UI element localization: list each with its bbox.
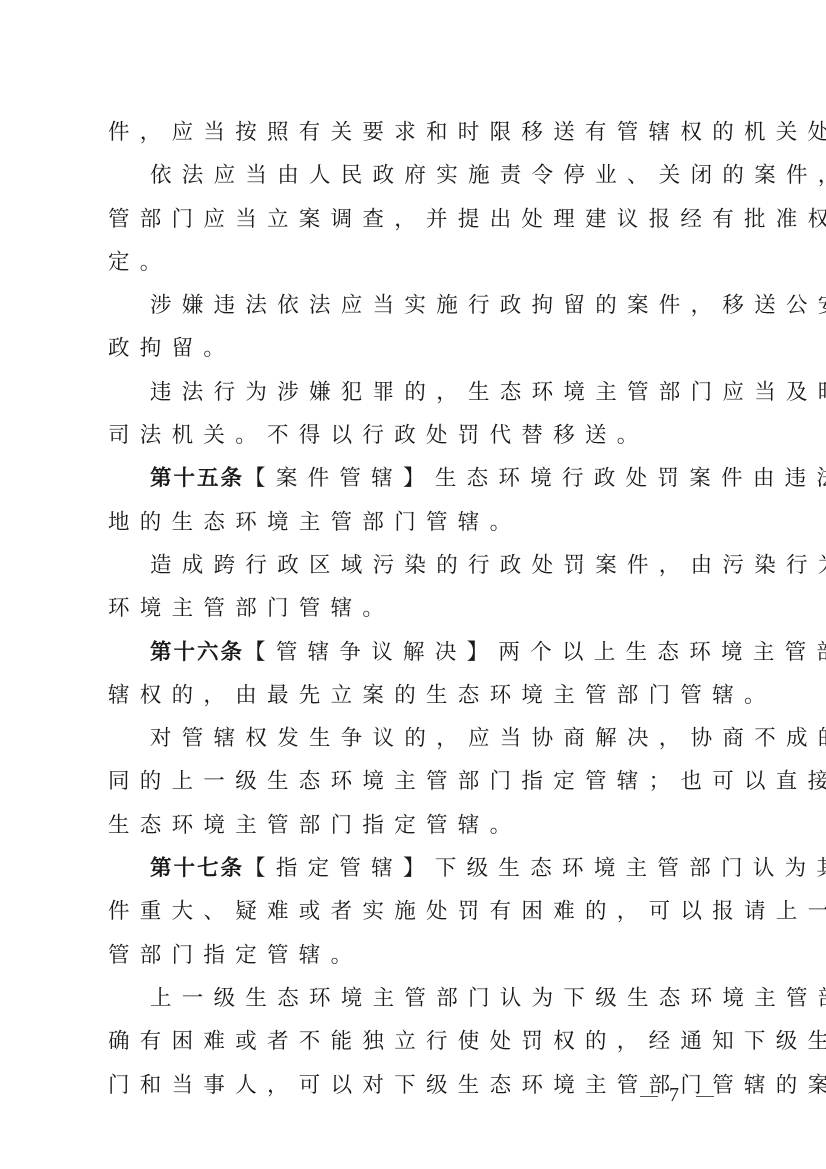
text-line: 违法行为涉嫌犯罪的，生态环境主管部门应当及时将案件移送 (108, 371, 720, 414)
article-heading-line: 第十五条【案件管辖】生态环境行政处罚案件由违法行为发生 (108, 457, 720, 500)
dash-left (640, 1096, 658, 1097)
text-line: 件，应当按照有关要求和时限移送有管辖权的机关处理。 (108, 111, 720, 154)
line-text: 地的生态环境主管部门管辖。 (108, 510, 521, 535)
text-line: 生态环境主管部门指定管辖。 (108, 804, 720, 847)
line-text: 对管辖权发生争议的，应当协商解决，协商不成的，应报请共 (150, 726, 826, 751)
article-heading-line: 第十六条【管辖争议解决】两个以上生态环境主管部门都有管 (108, 631, 720, 674)
line-text: 依法应当由人民政府实施责令停业、关闭的案件，生态环境主 (150, 163, 826, 188)
line-text: 【指定管辖】下级生态环境主管部门认为其管辖的案 (244, 856, 826, 881)
line-text: 【案件管辖】生态环境行政处罚案件由违法行为发生 (244, 466, 826, 491)
text-line: 造成跨行政区域污染的行政处罚案件，由污染行为发生地生态 (108, 544, 720, 587)
text-line: 环境主管部门管辖。 (108, 587, 720, 630)
article-number: 第十七条 (150, 856, 244, 881)
line-text: 件重大、疑难或者实施处罚有困难的，可以报请上一级生态环境主 (108, 899, 826, 924)
text-line: 门和当事人，可以对下级生态环境主管部门管辖的案件指定管辖或 (108, 1064, 720, 1107)
text-line: 辖权的，由最先立案的生态环境主管部门管辖。 (108, 674, 720, 717)
line-text: 定。 (108, 250, 172, 275)
line-text: 门和当事人，可以对下级生态环境主管部门管辖的案件指定管辖或 (108, 1073, 826, 1098)
text-line: 地的生态环境主管部门管辖。 (108, 501, 720, 544)
text-line: 司法机关。不得以行政处罚代替移送。 (108, 414, 720, 457)
line-text: 管部门指定管辖。 (108, 943, 362, 968)
line-text: 生态环境主管部门指定管辖。 (108, 813, 521, 838)
text-line: 定。 (108, 241, 720, 284)
line-text: 管部门应当立案调查，并提出处理建议报经有批准权的人民政府决 (108, 207, 826, 232)
line-text: 上一级生态环境主管部门认为下级生态环境主管部门实施处罚 (150, 986, 826, 1011)
line-text: 违法行为涉嫌犯罪的，生态环境主管部门应当及时将案件移送 (150, 380, 826, 405)
line-text: 件，应当按照有关要求和时限移送有管辖权的机关处理。 (108, 120, 826, 145)
line-text: 辖权的，由最先立案的生态环境主管部门管辖。 (108, 683, 776, 708)
dash-right (696, 1096, 714, 1097)
line-text: 政拘留。 (108, 336, 235, 361)
page-footer: 7 (640, 1084, 714, 1107)
text-line: 对管辖权发生争议的，应当协商解决，协商不成的，应报请共 (108, 717, 720, 760)
article-number: 第十六条 (150, 640, 244, 665)
page-number: 7 (669, 1084, 685, 1106)
text-line: 件重大、疑难或者实施处罚有困难的，可以报请上一级生态环境主 (108, 890, 720, 933)
document-body: 件，应当按照有关要求和时限移送有管辖权的机关处理。依法应当由人民政府实施责令停业… (108, 111, 720, 1107)
text-line: 上一级生态环境主管部门认为下级生态环境主管部门实施处罚 (108, 977, 720, 1020)
text-line: 管部门指定管辖。 (108, 934, 720, 977)
text-line: 政拘留。 (108, 327, 720, 370)
line-text: 确有困难或者不能独立行使处罚权的，经通知下级生态环境主管部 (108, 1029, 826, 1054)
line-text: 同的上一级生态环境主管部门指定管辖；也可以直接由共同上一级 (108, 769, 826, 794)
line-text: 司法机关。不得以行政处罚代替移送。 (108, 423, 649, 448)
text-line: 确有困难或者不能独立行使处罚权的，经通知下级生态环境主管部 (108, 1020, 720, 1063)
text-line: 依法应当由人民政府实施责令停业、关闭的案件，生态环境主 (108, 154, 720, 197)
text-line: 涉嫌违法依法应当实施行政拘留的案件，移送公安机关实施行 (108, 284, 720, 327)
article-heading-line: 第十七条【指定管辖】下级生态环境主管部门认为其管辖的案 (108, 847, 720, 890)
article-number: 第十五条 (150, 466, 244, 491)
line-text: 造成跨行政区域污染的行政处罚案件，由污染行为发生地生态 (150, 553, 826, 578)
line-text: 涉嫌违法依法应当实施行政拘留的案件，移送公安机关实施行 (150, 293, 826, 318)
line-text: 环境主管部门管辖。 (108, 596, 394, 621)
text-line: 管部门应当立案调查，并提出处理建议报经有批准权的人民政府决 (108, 198, 720, 241)
line-text: 【管辖争议解决】两个以上生态环境主管部门都有管 (244, 640, 826, 665)
text-line: 同的上一级生态环境主管部门指定管辖；也可以直接由共同上一级 (108, 760, 720, 803)
